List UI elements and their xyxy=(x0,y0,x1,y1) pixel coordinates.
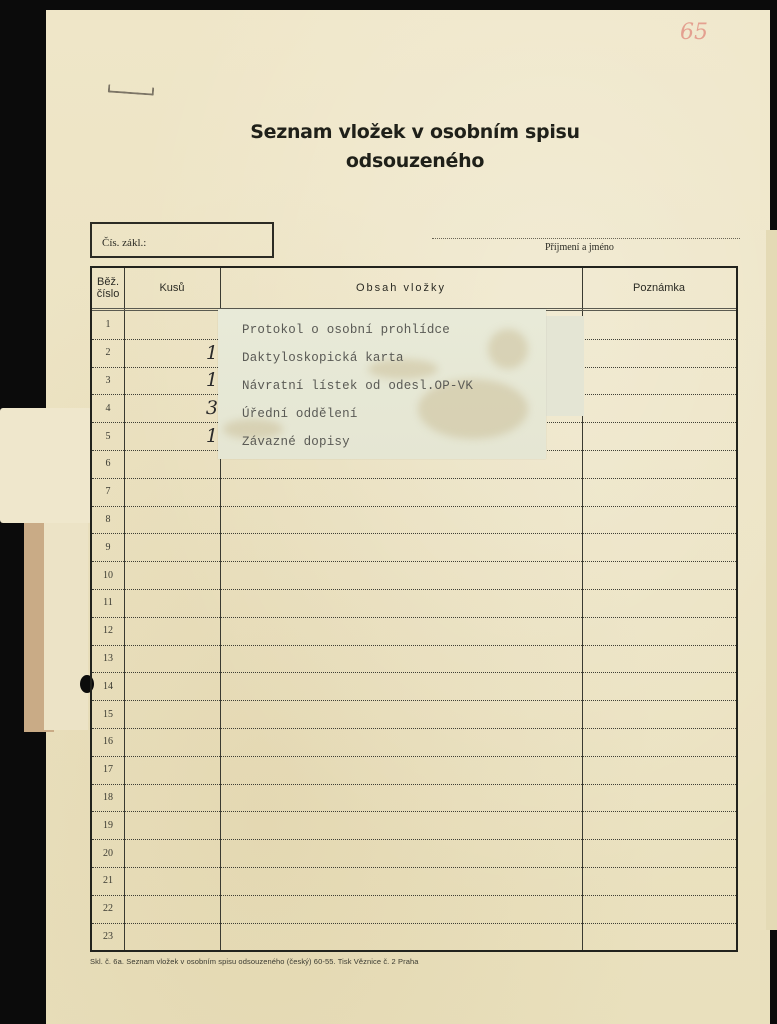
slip-line: Daktyloskopická karta xyxy=(242,351,404,365)
row-number: 17 xyxy=(92,756,124,784)
page-number-mark: 65 xyxy=(680,20,708,45)
table-row: 19 xyxy=(92,811,736,840)
row-number: 6 xyxy=(92,450,124,478)
slip-tab xyxy=(546,316,584,416)
row-number: 13 xyxy=(92,645,124,673)
slip-line: Závazné dopisy xyxy=(242,435,350,449)
table-header: Běž. číslo Kusů Obsah vložky Poznámka xyxy=(92,268,736,311)
name-field-label: Příjmení a jméno xyxy=(545,242,614,253)
kusu-cell[interactable] xyxy=(182,450,218,478)
row-number: 10 xyxy=(92,561,124,589)
table-row: 20 xyxy=(92,839,736,868)
row-number: 4 xyxy=(92,394,124,422)
kusu-cell[interactable] xyxy=(182,589,218,617)
row-number: 22 xyxy=(92,895,124,923)
kusu-cell[interactable] xyxy=(182,645,218,673)
kusu-cell[interactable] xyxy=(182,533,218,561)
slip-line: Návratní lístek od odesl.OP-VK xyxy=(242,379,473,393)
row-number: 16 xyxy=(92,728,124,756)
slip-line: Protokol o osobní prohlídce xyxy=(242,323,450,337)
folded-paper-flap xyxy=(0,408,92,523)
cis-zakl-field[interactable]: Čís. zákl.: xyxy=(90,222,274,258)
row-number: 23 xyxy=(92,923,124,951)
table-row: 11 xyxy=(92,589,736,618)
kusu-cell[interactable] xyxy=(182,728,218,756)
kusu-cell[interactable]: 1 xyxy=(182,422,218,450)
row-number: 14 xyxy=(92,672,124,700)
kusu-cell[interactable]: 1 xyxy=(182,339,218,367)
page-title: Seznam vložek v osobním spisu odsouzenéh… xyxy=(200,118,630,176)
name-field[interactable] xyxy=(432,238,740,239)
row-number: 18 xyxy=(92,784,124,812)
table-row: 16 xyxy=(92,728,736,757)
kusu-cell[interactable] xyxy=(182,923,218,951)
table-row: 18 xyxy=(92,784,736,813)
kusu-cell[interactable] xyxy=(182,811,218,839)
table-row: 22 xyxy=(92,895,736,924)
kusu-cell[interactable] xyxy=(182,756,218,784)
table-row: 9 xyxy=(92,533,736,562)
table-row: 13 xyxy=(92,645,736,674)
title-line-2: odsouzeného xyxy=(200,147,630,176)
table-row: 15 xyxy=(92,700,736,729)
row-number: 11 xyxy=(92,589,124,617)
kusu-cell[interactable]: 1 xyxy=(182,367,218,395)
table-row: 10 xyxy=(92,561,736,590)
table-row: 7 xyxy=(92,478,736,507)
table-row: 23 xyxy=(92,923,736,951)
paper-edge xyxy=(766,230,777,930)
typed-slip: Protokol o osobní prohlídce Daktyloskopi… xyxy=(218,309,546,459)
row-number: 12 xyxy=(92,617,124,645)
kusu-cell[interactable] xyxy=(182,311,218,339)
table-row: 8 xyxy=(92,506,736,535)
header-poznamka: Poznámka xyxy=(582,268,736,308)
kusu-cell[interactable]: 3 xyxy=(182,394,218,422)
kusu-cell[interactable] xyxy=(182,506,218,534)
row-number: 8 xyxy=(92,506,124,534)
cis-zakl-label: Čís. zákl.: xyxy=(102,237,146,249)
kusu-cell[interactable] xyxy=(182,561,218,589)
row-number: 1 xyxy=(92,311,124,339)
table-row: 14 xyxy=(92,672,736,701)
row-number: 9 xyxy=(92,533,124,561)
kusu-cell[interactable] xyxy=(182,617,218,645)
row-number: 2 xyxy=(92,339,124,367)
kusu-cell[interactable] xyxy=(182,839,218,867)
kusu-cell[interactable] xyxy=(182,672,218,700)
row-number: 21 xyxy=(92,867,124,895)
kusu-cell[interactable] xyxy=(182,700,218,728)
kusu-cell[interactable] xyxy=(182,784,218,812)
kusu-cell[interactable] xyxy=(182,867,218,895)
title-line-1: Seznam vložek v osobním spisu xyxy=(200,118,630,147)
row-number: 7 xyxy=(92,478,124,506)
form-footer: Skl. č. 6a. Seznam vložek v osobním spis… xyxy=(90,957,419,966)
table-row: 17 xyxy=(92,756,736,785)
kusu-cell[interactable] xyxy=(182,478,218,506)
header-bez-cislo: Běž. číslo xyxy=(92,268,124,308)
row-number: 5 xyxy=(92,422,124,450)
table-row: 21 xyxy=(92,867,736,896)
slip-line: Úřední oddělení xyxy=(242,407,358,421)
header-kusu: Kusů xyxy=(124,268,220,308)
row-number: 19 xyxy=(92,811,124,839)
row-number: 20 xyxy=(92,839,124,867)
header-obsah: Obsah vložky xyxy=(220,268,582,308)
row-number: 15 xyxy=(92,700,124,728)
kusu-cell[interactable] xyxy=(182,895,218,923)
row-number: 3 xyxy=(92,367,124,395)
table-row: 12 xyxy=(92,617,736,646)
